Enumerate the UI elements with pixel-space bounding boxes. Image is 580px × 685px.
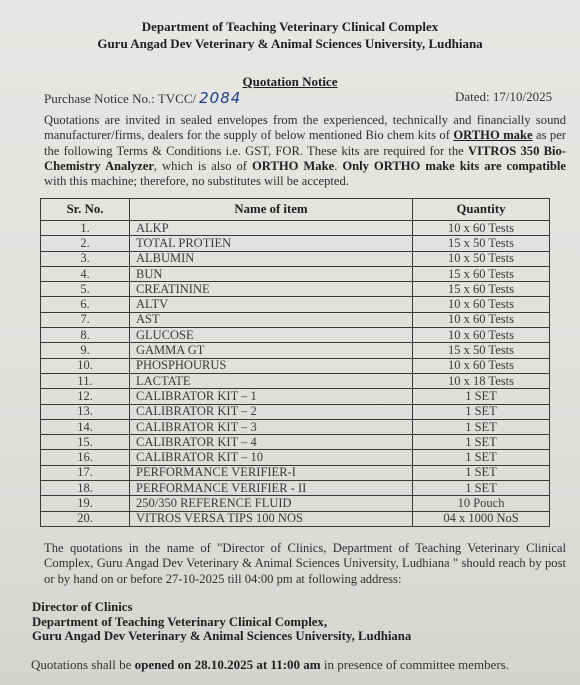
row-item-name: PHOSPHOURUS: [130, 358, 413, 373]
quotation-notice-page: Department of Teaching Veterinary Clinic…: [0, 0, 580, 685]
row-sr-no: 6.: [41, 297, 130, 312]
table-row: 15.CALIBRATOR KIT – 41 SET: [41, 435, 550, 450]
header-quantity: Quantity: [413, 199, 550, 221]
department-heading: Department of Teaching Veterinary Clinic…: [0, 19, 580, 35]
row-quantity: 10 x 60 Tests: [413, 312, 550, 327]
row-sr-no: 16.: [41, 450, 130, 465]
purchase-notice-label: Purchase Notice No.: TVCC/: [44, 91, 196, 106]
table-row: 2.TOTAL PROTIEN15 x 50 Tests: [41, 236, 550, 251]
row-quantity: 1 SET: [413, 481, 550, 496]
opening-text-2: in presence of committee members.: [321, 657, 509, 672]
items-table: Sr. No. Name of item Quantity 1.ALKP10 x…: [40, 198, 550, 527]
row-quantity: 1 SET: [413, 450, 550, 465]
row-item-name: GAMMA GT: [130, 343, 413, 358]
table-row: 13.CALIBRATOR KIT – 21 SET: [41, 404, 550, 419]
row-sr-no: 8.: [41, 328, 130, 343]
row-quantity: 1 SET: [413, 465, 550, 480]
ortho-make-emphasis: ORTHO make: [453, 128, 532, 142]
table-row: 14.CALIBRATOR KIT – 31 SET: [41, 419, 550, 434]
row-item-name: BUN: [130, 266, 413, 281]
row-sr-no: 14.: [41, 419, 130, 434]
row-item-name: VITROS VERSA TIPS 100 NOS: [130, 511, 413, 526]
row-quantity: 15 x 60 Tests: [413, 266, 550, 281]
row-quantity: 1 SET: [413, 389, 550, 404]
row-sr-no: 5.: [41, 282, 130, 297]
row-item-name: CALIBRATOR KIT – 4: [130, 435, 413, 450]
row-item-name: CALIBRATOR KIT – 1: [130, 389, 413, 404]
row-quantity: 04 x 1000 NoS: [413, 511, 550, 526]
intro-paragraph: Quotations are invited in sealed envelop…: [44, 113, 566, 189]
row-item-name: CALIBRATOR KIT – 10: [130, 450, 413, 465]
row-sr-no: 17.: [41, 465, 130, 480]
address-line-2: Department of Teaching Veterinary Clinic…: [32, 615, 411, 630]
table-row: 3.ALBUMIN10 x 50 Tests: [41, 251, 550, 266]
header-sr-no: Sr. No.: [41, 199, 130, 221]
row-item-name: AST: [130, 312, 413, 327]
items-table-body: 1.ALKP10 x 60 Tests2.TOTAL PROTIEN15 x 5…: [41, 221, 550, 527]
row-item-name: CALIBRATOR KIT – 3: [130, 419, 413, 434]
row-sr-no: 12.: [41, 389, 130, 404]
table-row: 5.CREATININE15 x 60 Tests: [41, 282, 550, 297]
address-line-3: Guru Angad Dev Veterinary & Animal Scien…: [32, 629, 411, 644]
table-row: 11.LACTATE10 x 18 Tests: [41, 373, 550, 388]
opening-text-1: Quotations shall be: [31, 657, 135, 672]
row-quantity: 15 x 50 Tests: [413, 236, 550, 251]
row-sr-no: 15.: [41, 435, 130, 450]
row-item-name: ALKP: [130, 221, 413, 236]
row-quantity: 15 x 60 Tests: [413, 282, 550, 297]
compatibility-note: Only ORTHO make kits are compatible: [342, 159, 566, 173]
table-row: 1.ALKP10 x 60 Tests: [41, 221, 550, 236]
document-title: Quotation Notice: [0, 74, 580, 90]
row-sr-no: 19.: [41, 496, 130, 511]
row-sr-no: 1.: [41, 221, 130, 236]
table-row: 4.BUN15 x 60 Tests: [41, 266, 550, 281]
submission-paragraph: The quotations in the name of "Director …: [44, 541, 566, 587]
table-row: 17.PERFORMANCE VERIFIER-I1 SET: [41, 465, 550, 480]
row-quantity: 1 SET: [413, 404, 550, 419]
row-sr-no: 7.: [41, 312, 130, 327]
table-row: 7.AST10 x 60 Tests: [41, 312, 550, 327]
purchase-notice-number: Purchase Notice No.: TVCC/2084: [44, 89, 241, 107]
row-quantity: 10 x 50 Tests: [413, 251, 550, 266]
notice-date: Dated: 17/10/2025: [455, 89, 552, 105]
intro-text-5: with this machine; therefore, no substit…: [44, 174, 349, 188]
opening-notice: Quotations shall be opened on 28.10.2025…: [31, 657, 509, 673]
table-header-row: Sr. No. Name of item Quantity: [41, 199, 550, 221]
row-item-name: ALTV: [130, 297, 413, 312]
table-row: 12.CALIBRATOR KIT – 11 SET: [41, 389, 550, 404]
row-quantity: 10 Pouch: [413, 496, 550, 511]
row-sr-no: 20.: [41, 511, 130, 526]
row-sr-no: 3.: [41, 251, 130, 266]
header-item-name: Name of item: [130, 199, 413, 221]
row-quantity: 1 SET: [413, 435, 550, 450]
table-row: 18.PERFORMANCE VERIFIER - II1 SET: [41, 481, 550, 496]
row-item-name: GLUCOSE: [130, 328, 413, 343]
row-sr-no: 4.: [41, 266, 130, 281]
row-quantity: 10 x 60 Tests: [413, 328, 550, 343]
row-quantity: 15 x 50 Tests: [413, 343, 550, 358]
row-item-name: PERFORMANCE VERIFIER-I: [130, 465, 413, 480]
row-item-name: TOTAL PROTIEN: [130, 236, 413, 251]
row-sr-no: 9.: [41, 343, 130, 358]
row-sr-no: 18.: [41, 481, 130, 496]
table-row: 10.PHOSPHOURUS10 x 60 Tests: [41, 358, 550, 373]
row-item-name: PERFORMANCE VERIFIER - II: [130, 481, 413, 496]
university-heading: Guru Angad Dev Veterinary & Animal Scien…: [0, 36, 580, 52]
row-quantity: 10 x 60 Tests: [413, 358, 550, 373]
row-quantity: 10 x 60 Tests: [413, 297, 550, 312]
row-sr-no: 11.: [41, 373, 130, 388]
row-item-name: CALIBRATOR KIT – 2: [130, 404, 413, 419]
row-quantity: 10 x 18 Tests: [413, 373, 550, 388]
address-line-1: Director of Clinics: [32, 600, 411, 615]
row-item-name: ALBUMIN: [130, 251, 413, 266]
postal-address: Director of Clinics Department of Teachi…: [32, 600, 411, 644]
row-quantity: 1 SET: [413, 419, 550, 434]
table-row: 6.ALTV10 x 60 Tests: [41, 297, 550, 312]
row-item-name: LACTATE: [130, 373, 413, 388]
table-row: 9.GAMMA GT15 x 50 Tests: [41, 343, 550, 358]
table-row: 8.GLUCOSE10 x 60 Tests: [41, 328, 550, 343]
row-item-name: 250/350 REFERENCE FLUID: [130, 496, 413, 511]
opening-date-time: opened on 28.10.2025 at 11:00 am: [135, 657, 321, 672]
handwritten-notice-number: 2084: [199, 89, 241, 107]
intro-text-3: , which is also of: [154, 159, 252, 173]
row-sr-no: 2.: [41, 236, 130, 251]
row-quantity: 10 x 60 Tests: [413, 221, 550, 236]
table-row: 16.CALIBRATOR KIT – 101 SET: [41, 450, 550, 465]
table-row: 19.250/350 REFERENCE FLUID10 Pouch: [41, 496, 550, 511]
row-sr-no: 10.: [41, 358, 130, 373]
ortho-make-text: ORTHO Make: [252, 159, 334, 173]
row-item-name: CREATININE: [130, 282, 413, 297]
table-row: 20.VITROS VERSA TIPS 100 NOS04 x 1000 No…: [41, 511, 550, 526]
row-sr-no: 13.: [41, 404, 130, 419]
